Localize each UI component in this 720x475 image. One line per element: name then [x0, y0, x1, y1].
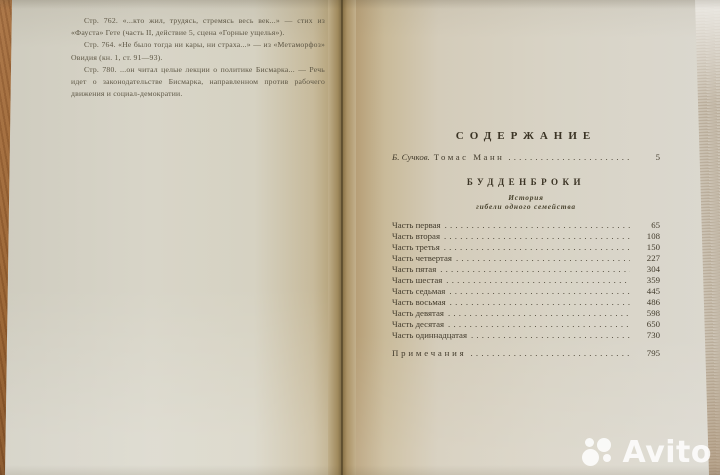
dot-leader: ........................................… [450, 297, 630, 308]
toc-entry-label: Часть седьмая [392, 286, 445, 297]
toc-row-notes: Примечания .............................… [392, 348, 660, 359]
left-page: Стр. 762. «...кто жил, трудясь, стремясь… [3, 0, 333, 475]
toc-page-number: 650 [634, 319, 660, 330]
toc-row: Часть десятая...........................… [392, 319, 660, 330]
toc-author-title: Томас Манн [434, 152, 505, 162]
toc-page-number: 5 [634, 152, 660, 162]
toc-entry-label: Часть третья [392, 242, 440, 253]
toc-row: Часть пятая.............................… [392, 264, 660, 275]
dot-leader: ........................................… [471, 348, 630, 359]
book-photo: Стр. 762. «...кто жил, трудясь, стремясь… [0, 0, 720, 475]
dot-leader: ........................................… [508, 152, 630, 162]
dot-leader: ........................................… [444, 231, 630, 242]
toc-entry-label: Часть одиннадцатая [392, 330, 467, 341]
footnote-paragraph: Стр. 764. «Не было тогда ни кары, ни стр… [71, 39, 325, 63]
dot-leader: ........................................… [448, 308, 630, 319]
toc-entry-label: Часть девятая [392, 308, 444, 319]
contents-heading: СОДЕРЖАНИЕ [392, 130, 660, 142]
toc-page-number: 795 [634, 348, 660, 359]
toc-entry-label: Часть десятая [392, 319, 444, 330]
book-subtitle-line1: История [392, 193, 660, 202]
dot-leader: ........................................… [446, 275, 630, 286]
dot-leader: ........................................… [445, 220, 630, 231]
contents-page-content: СОДЕРЖАНИЕ Б. Сучков. Томас Манн .......… [392, 0, 660, 359]
toc-author-name: Б. Сучков. [392, 152, 430, 162]
toc-list: Часть первая............................… [392, 220, 660, 342]
right-page: СОДЕРЖАНИЕ Б. Сучков. Томас Манн .......… [352, 0, 712, 475]
footnote-paragraph: Стр. 762. «...кто жил, трудясь, стремясь… [71, 15, 325, 39]
dot-leader: ........................................… [444, 242, 630, 253]
toc-row: Часть шестая............................… [392, 275, 660, 286]
toc-author-row: Б. Сучков. Томас Манн ..................… [392, 152, 660, 162]
toc-page-number: 359 [634, 275, 660, 286]
toc-row: Часть третья............................… [392, 242, 660, 253]
toc-page-number: 227 [634, 253, 660, 264]
book-title: БУДДЕНБРОКИ [392, 177, 660, 187]
toc-row: Часть седьмая...........................… [392, 286, 660, 297]
toc-entry-label: Часть шестая [392, 275, 442, 286]
toc-entry-label: Часть пятая [392, 264, 436, 275]
toc-row: Часть девятая...........................… [392, 308, 660, 319]
toc-page-number: 445 [634, 286, 660, 297]
toc-entry-label: Часть вторая [392, 231, 440, 242]
watermark-label: Avito [623, 435, 712, 470]
dot-leader: ........................................… [440, 264, 630, 275]
toc-entry-label: Примечания [392, 348, 467, 359]
toc-page-number: 486 [634, 297, 660, 308]
toc-entry-label: Часть восьмая [392, 297, 446, 308]
toc-row: Часть одиннадцатая......................… [392, 330, 660, 341]
footnotes-block: Стр. 762. «...кто жил, трудясь, стремясь… [71, 15, 325, 100]
toc-row: Часть четвертая.........................… [392, 253, 660, 264]
toc-entry-label: Часть четвертая [392, 253, 452, 264]
toc-page-number: 730 [634, 330, 660, 341]
toc-row: Часть первая............................… [392, 220, 660, 231]
dot-leader: ........................................… [448, 319, 630, 330]
toc-row: Часть восьмая...........................… [392, 297, 660, 308]
book-subtitle-line2: гибели одного семейства [392, 202, 660, 211]
avito-watermark: Avito [582, 434, 712, 470]
book-gutter [328, 0, 356, 475]
toc-page-number: 108 [634, 231, 660, 242]
toc-page-number: 598 [634, 308, 660, 319]
dot-leader: ........................................… [471, 330, 630, 341]
toc-entry-label: Часть первая [392, 220, 441, 231]
toc-row: Часть вторая............................… [392, 231, 660, 242]
dot-leader: ........................................… [456, 253, 630, 264]
toc-page-number: 304 [634, 264, 660, 275]
avito-logo-icon [582, 435, 618, 470]
toc-page-number: 150 [634, 242, 660, 253]
dot-leader: ........................................… [449, 286, 630, 297]
toc-page-number: 65 [634, 220, 660, 231]
footnote-paragraph: Стр. 780. ...он читал целые лекции о пол… [71, 64, 325, 101]
